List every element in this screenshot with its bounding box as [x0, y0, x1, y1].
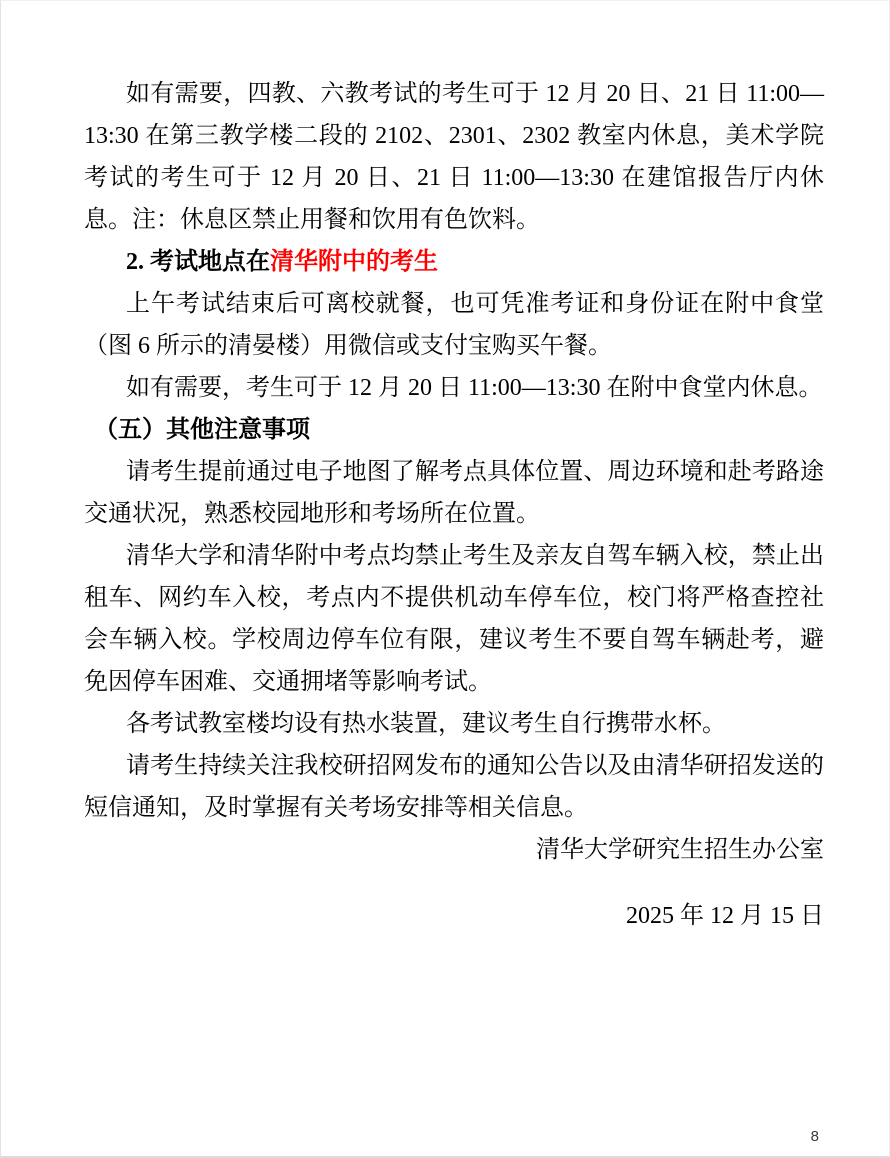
paragraph-water-advice: 各考试教室楼均设有热水装置，建议考生自行携带水杯。	[84, 703, 824, 745]
heading-exam-location-prefix: 2. 考试地点在	[126, 249, 270, 275]
signature-office: 清华大学研究生招生办公室	[84, 829, 824, 871]
paragraph-notice-follow: 请考生持续关注我校研招网发布的通知公告以及由清华研招发送的短信通知，及时掌握有关…	[84, 745, 824, 829]
page-number: 8	[811, 1129, 819, 1144]
paragraph-fuzhong-rest: 如有需要，考生可于 12 月 20 日 11:00—13:30 在附中食堂内休息…	[84, 367, 824, 409]
paragraph-map-advice: 请考生提前通过电子地图了解考点具体位置、周边环境和赴考路途交通状况，熟悉校园地形…	[84, 451, 824, 535]
document-date: 2025 年 12 月 15 日	[84, 895, 824, 937]
heading-exam-location-fuzhong: 2. 考试地点在清华附中的考生	[84, 241, 824, 283]
heading-exam-location-highlight: 清华附中的考生	[270, 249, 438, 275]
heading-other-notes: （五）其他注意事项	[84, 409, 824, 451]
document-page: 如有需要，四教、六教考试的考生可于 12 月 20 日、21 日 11:00—1…	[0, 0, 890, 1158]
paragraph-lunch-options: 上午考试结束后可离校就餐，也可凭准考证和身份证在附中食堂（图 6 所示的清晏楼）…	[84, 283, 824, 367]
document-body: 如有需要，四教、六教考试的考生可于 12 月 20 日、21 日 11:00—1…	[84, 73, 824, 937]
paragraph-vehicle-rules: 清华大学和清华附中考点均禁止考生及亲友自驾车辆入校，禁止出租车、网约车入校，考点…	[84, 535, 824, 703]
paragraph-rest-rooms: 如有需要，四教、六教考试的考生可于 12 月 20 日、21 日 11:00—1…	[84, 73, 824, 241]
